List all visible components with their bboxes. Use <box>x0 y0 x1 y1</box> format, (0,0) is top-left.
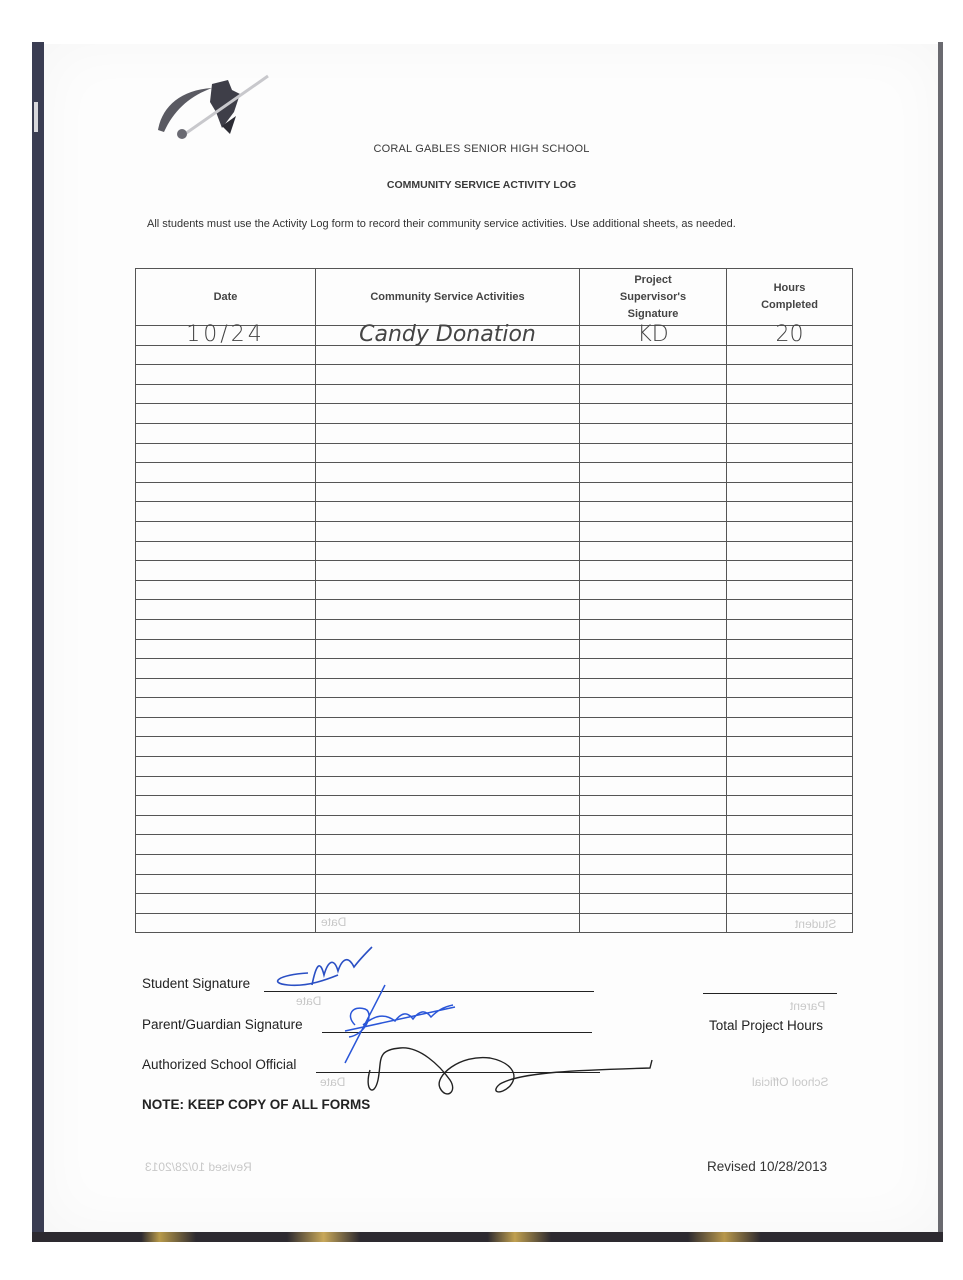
table-row <box>136 365 853 385</box>
date-cell[interactable] <box>136 541 316 561</box>
table-header-row: Date Community Service Activities Projec… <box>136 269 853 326</box>
table-row <box>136 855 853 875</box>
table-row <box>136 580 853 600</box>
table-row <box>136 835 853 855</box>
activity-cell[interactable] <box>316 561 580 581</box>
date-cell[interactable] <box>136 913 316 933</box>
activity-cell[interactable] <box>316 659 580 679</box>
supervisor-signature-cell[interactable] <box>580 600 727 620</box>
student-signature-label: Student Signature <box>142 976 250 991</box>
table-row: 10/24Candy DonationKD20 <box>136 326 853 346</box>
table-row <box>136 698 853 718</box>
supervisor-signature-cell-text: KD <box>580 326 726 344</box>
table-row <box>136 502 853 522</box>
hours-cell[interactable] <box>727 619 853 639</box>
activity-cell[interactable] <box>316 580 580 600</box>
date-cell[interactable] <box>136 717 316 737</box>
hours-cell[interactable]: 20 <box>727 326 853 346</box>
table-row <box>136 913 853 933</box>
activity-log-table: Date Community Service Activities Projec… <box>135 268 853 933</box>
supervisor-signature-cell[interactable] <box>580 619 727 639</box>
hours-cell[interactable] <box>727 874 853 894</box>
date-cell-text: 10/24 <box>136 326 315 344</box>
table-row <box>136 345 853 365</box>
supervisor-signature-cell[interactable] <box>580 580 727 600</box>
supervisor-signature-cell[interactable] <box>580 404 727 424</box>
date-cell[interactable] <box>136 894 316 914</box>
table-row <box>136 482 853 502</box>
form-title: COMMUNITY SERVICE ACTIVITY LOG <box>0 179 963 191</box>
date-cell[interactable] <box>136 757 316 777</box>
date-cell[interactable] <box>136 365 316 385</box>
hours-cell[interactable] <box>727 443 853 463</box>
hours-cell[interactable] <box>727 365 853 385</box>
table-row <box>136 737 853 757</box>
hours-cell[interactable] <box>727 835 853 855</box>
supervisor-signature-cell[interactable] <box>580 482 727 502</box>
hours-cell[interactable] <box>727 502 853 522</box>
hours-cell[interactable] <box>727 384 853 404</box>
date-cell[interactable] <box>136 796 316 816</box>
bleed-through-student: Student <box>795 917 836 931</box>
table-row <box>136 404 853 424</box>
supervisor-signature-cell[interactable] <box>580 345 727 365</box>
table-row <box>136 384 853 404</box>
hours-cell[interactable] <box>727 463 853 483</box>
supervisor-signature-cell[interactable] <box>580 639 727 659</box>
background-edge-left <box>32 42 44 1240</box>
activity-cell[interactable] <box>316 855 580 875</box>
date-cell[interactable] <box>136 737 316 757</box>
hours-cell-text: 20 <box>727 326 852 344</box>
table-row <box>136 443 853 463</box>
header-hours: Hours Completed <box>727 269 853 326</box>
hours-cell[interactable] <box>727 600 853 620</box>
date-cell[interactable] <box>136 384 316 404</box>
header-activities: Community Service Activities <box>316 269 580 326</box>
activity-cell[interactable] <box>316 835 580 855</box>
table-row <box>136 463 853 483</box>
hours-cell[interactable] <box>727 404 853 424</box>
hours-cell[interactable] <box>727 737 853 757</box>
date-cell[interactable] <box>136 482 316 502</box>
date-cell[interactable] <box>136 463 316 483</box>
activity-cell-text: Candy Donation <box>316 326 579 344</box>
hours-cell[interactable] <box>727 659 853 679</box>
hours-cell[interactable] <box>727 521 853 541</box>
hours-cell[interactable] <box>727 757 853 777</box>
bleed-through-revised: Revised 10/28/2013 <box>145 1160 252 1174</box>
supervisor-signature-cell[interactable] <box>580 443 727 463</box>
supervisor-signature-cell[interactable] <box>580 855 727 875</box>
supervisor-signature-cell[interactable]: KD <box>580 326 727 346</box>
activity-cell[interactable] <box>316 443 580 463</box>
supervisor-signature-cell[interactable] <box>580 423 727 443</box>
date-cell[interactable] <box>136 561 316 581</box>
supervisor-signature-cell[interactable] <box>580 835 727 855</box>
table-row <box>136 894 853 914</box>
bleed-through-date-2: Date <box>296 994 321 1008</box>
bleed-through-school-official: School Official <box>752 1075 828 1089</box>
table-row <box>136 796 853 816</box>
date-cell[interactable]: 10/24 <box>136 326 316 346</box>
table-row <box>136 874 853 894</box>
official-signature-scribble <box>340 1040 660 1100</box>
note-keep-copy: NOTE: KEEP COPY OF ALL FORMS <box>142 1097 370 1112</box>
table-row <box>136 600 853 620</box>
activity-cell[interactable] <box>316 717 580 737</box>
table-row <box>136 639 853 659</box>
activity-cell[interactable] <box>316 639 580 659</box>
table-row <box>136 561 853 581</box>
table-row <box>136 423 853 443</box>
table-row <box>136 521 853 541</box>
supervisor-signature-cell[interactable] <box>580 698 727 718</box>
supervisor-signature-cell[interactable] <box>580 776 727 796</box>
supervisor-signature-cell[interactable] <box>580 757 727 777</box>
activity-cell[interactable] <box>316 815 580 835</box>
activity-cell[interactable] <box>316 463 580 483</box>
activity-cell[interactable] <box>316 404 580 424</box>
activity-cell[interactable] <box>316 619 580 639</box>
activity-cell[interactable] <box>316 384 580 404</box>
supervisor-signature-cell[interactable] <box>580 894 727 914</box>
hours-cell[interactable] <box>727 482 853 502</box>
date-cell[interactable] <box>136 855 316 875</box>
table-row <box>136 776 853 796</box>
supervisor-signature-cell[interactable] <box>580 717 727 737</box>
activity-cell[interactable] <box>316 698 580 718</box>
bleed-through-parent: Parent <box>790 999 825 1013</box>
hours-cell[interactable] <box>727 639 853 659</box>
official-signature-label: Authorized School Official <box>142 1057 296 1072</box>
hours-cell[interactable] <box>727 815 853 835</box>
supervisor-signature-cell[interactable] <box>580 874 727 894</box>
hours-cell[interactable] <box>727 776 853 796</box>
supervisor-signature-cell[interactable] <box>580 384 727 404</box>
date-cell[interactable] <box>136 815 316 835</box>
parent-signature-label: Parent/Guardian Signature <box>142 1017 303 1032</box>
date-cell[interactable] <box>136 423 316 443</box>
date-cell[interactable] <box>136 502 316 522</box>
supervisor-signature-cell[interactable] <box>580 541 727 561</box>
activity-cell[interactable] <box>316 737 580 757</box>
date-cell[interactable] <box>136 659 316 679</box>
header-supervisor-signature: Project Supervisor's Signature <box>580 269 727 326</box>
bleed-through-date: Date <box>321 915 346 929</box>
supervisor-signature-cell[interactable] <box>580 815 727 835</box>
activity-cell[interactable] <box>316 600 580 620</box>
table-row <box>136 678 853 698</box>
activity-cell[interactable]: Candy Donation <box>316 326 580 346</box>
supervisor-signature-cell[interactable] <box>580 521 727 541</box>
instructions-text: All students must use the Activity Log f… <box>147 215 837 234</box>
date-cell[interactable] <box>136 874 316 894</box>
date-cell[interactable] <box>136 678 316 698</box>
supervisor-signature-cell[interactable] <box>580 561 727 581</box>
activity-cell[interactable] <box>316 776 580 796</box>
activity-cell[interactable] <box>316 894 580 914</box>
activity-cell[interactable] <box>316 678 580 698</box>
activity-cell[interactable] <box>316 345 580 365</box>
supervisor-signature-cell[interactable] <box>580 913 727 933</box>
header-date: Date <box>136 269 316 326</box>
total-hours-field[interactable] <box>703 993 837 994</box>
hours-cell[interactable] <box>727 561 853 581</box>
hours-cell[interactable] <box>727 796 853 816</box>
supervisor-signature-cell[interactable] <box>580 796 727 816</box>
date-cell[interactable] <box>136 639 316 659</box>
supervisor-signature-cell[interactable] <box>580 463 727 483</box>
date-cell[interactable] <box>136 600 316 620</box>
date-cell[interactable] <box>136 580 316 600</box>
table-row <box>136 659 853 679</box>
date-cell[interactable] <box>136 443 316 463</box>
table-row <box>136 815 853 835</box>
hours-cell[interactable] <box>727 580 853 600</box>
activity-cell[interactable] <box>316 541 580 561</box>
date-cell[interactable] <box>136 776 316 796</box>
background-edge-bottom <box>32 1232 943 1242</box>
date-cell[interactable] <box>136 619 316 639</box>
date-cell[interactable] <box>136 404 316 424</box>
activity-cell[interactable] <box>316 502 580 522</box>
supervisor-signature-cell[interactable] <box>580 659 727 679</box>
activity-cell[interactable] <box>316 521 580 541</box>
hours-cell[interactable] <box>727 894 853 914</box>
hours-cell[interactable] <box>727 717 853 737</box>
activity-cell[interactable] <box>316 482 580 502</box>
activity-cell[interactable] <box>316 365 580 385</box>
activity-cell[interactable] <box>316 423 580 443</box>
knight-mascot-icon <box>150 72 270 142</box>
hours-cell[interactable] <box>727 345 853 365</box>
supervisor-signature-cell[interactable] <box>580 737 727 757</box>
activity-cell[interactable] <box>316 874 580 894</box>
revision-date: Revised 10/28/2013 <box>707 1159 827 1174</box>
hours-cell[interactable] <box>727 678 853 698</box>
hours-cell[interactable] <box>727 698 853 718</box>
total-hours-label: Total Project Hours <box>709 1018 823 1033</box>
supervisor-signature-cell[interactable] <box>580 678 727 698</box>
date-cell[interactable] <box>136 698 316 718</box>
date-cell[interactable] <box>136 521 316 541</box>
activity-cell[interactable] <box>316 796 580 816</box>
background-edge-right <box>938 42 943 1240</box>
activity-cell[interactable] <box>316 757 580 777</box>
date-cell[interactable] <box>136 835 316 855</box>
hours-cell[interactable] <box>727 541 853 561</box>
supervisor-signature-cell[interactable] <box>580 365 727 385</box>
table-row <box>136 541 853 561</box>
table-row <box>136 619 853 639</box>
hours-cell[interactable] <box>727 423 853 443</box>
activity-cell[interactable] <box>316 913 580 933</box>
table-row <box>136 757 853 777</box>
date-cell[interactable] <box>136 345 316 365</box>
hours-cell[interactable] <box>727 855 853 875</box>
table-row <box>136 717 853 737</box>
supervisor-signature-cell[interactable] <box>580 502 727 522</box>
school-name: CORAL GABLES SENIOR HIGH SCHOOL <box>0 143 963 155</box>
